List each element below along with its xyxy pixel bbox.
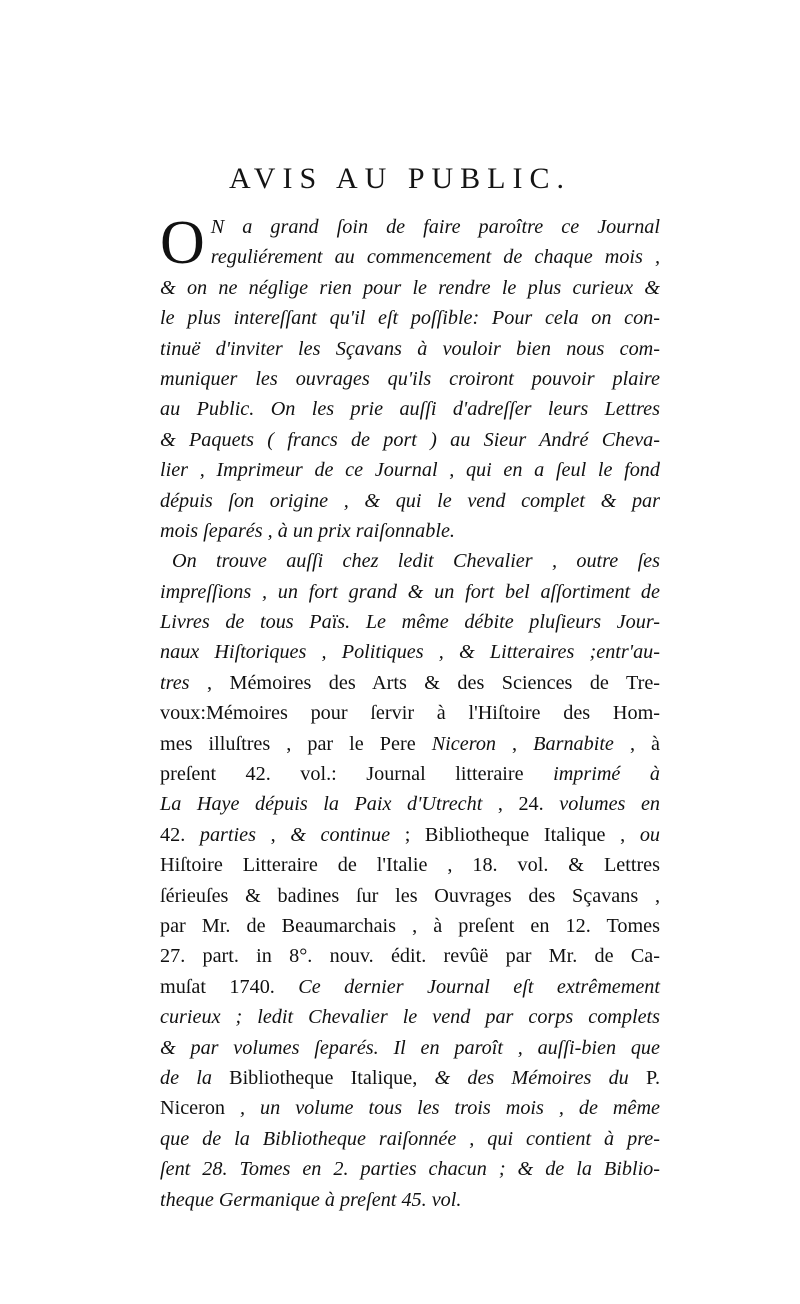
- italic-text: On trouve auſſi chez ledit Chevalier , o…: [172, 550, 660, 572]
- text-line: mois ſeparés , à un prix raiſonnable.: [160, 516, 660, 546]
- roman-text: voux:Mémoires pour ſervir à l'Hiſtoire d…: [160, 702, 660, 724]
- document-page: AVIS AU PUBLIC. O N a grand ſoin de fair…: [0, 0, 800, 1304]
- italic-text: N a grand ſoin de faire paroître ce Jour…: [211, 216, 660, 238]
- roman-text: P.: [646, 1067, 660, 1089]
- text-line: muſat 1740. Ce dernier Journal eſt extrê…: [160, 972, 660, 1002]
- italic-text: theque Germanique à preſent 45. vol.: [160, 1189, 461, 1211]
- italic-text: curieux ; ledit Chevalier le vend par co…: [160, 1006, 660, 1028]
- italic-text: Ce dernier Journal eſt extrêmement: [298, 976, 660, 998]
- italic-text: au Public. On les prie auſſi d'adreſſer …: [160, 398, 660, 420]
- roman-text: , Mémoires des Arts & des Sciences de Tr…: [190, 672, 660, 694]
- italic-text: que de la Bibliotheque raiſonnée , qui c…: [160, 1128, 660, 1150]
- text-line: N a grand ſoin de faire paroître ce Jour…: [160, 212, 660, 242]
- italic-text: volumes en: [559, 793, 660, 815]
- text-line: de la Bibliotheque Italique, & des Mémoi…: [160, 1063, 660, 1093]
- italic-text: & par volumes ſeparés. Il en paroît , au…: [160, 1037, 660, 1059]
- roman-text: ,: [496, 733, 533, 755]
- roman-text: , à: [614, 733, 660, 755]
- roman-text: , 24.: [482, 793, 559, 815]
- italic-text: tres: [160, 672, 190, 694]
- italic-text: muniquer les ouvrages qu'ils croiront po…: [160, 368, 660, 390]
- text-line: reguliérement au commencement de chaque …: [160, 242, 660, 272]
- italic-text: reguliérement au commencement de chaque …: [211, 246, 660, 268]
- text-line: 27. part. in 8°. nouv. édit. revûë par M…: [160, 941, 660, 971]
- text-line: impreſſions , un fort grand & un fort be…: [160, 577, 660, 607]
- italic-text: Barnabite: [533, 733, 614, 755]
- italic-text: imprimé à: [553, 763, 660, 785]
- italic-text: parties: [200, 824, 256, 846]
- italic-text: ſent 28. Tomes en 2. parties chacun ; & …: [160, 1158, 660, 1180]
- text-line: ſérieuſes & badines ſur les Ouvrages des…: [160, 881, 660, 911]
- text-line: & Paquets ( francs de port ) au Sieur An…: [160, 425, 660, 455]
- text-line: au Public. On les prie auſſi d'adreſſer …: [160, 394, 660, 424]
- roman-text: preſent 42. vol.: Journal litteraire: [160, 763, 553, 785]
- italic-text: ou: [640, 824, 660, 846]
- italic-text: & des Mémoires du: [434, 1067, 645, 1089]
- text-line: mes illuſtres , par le Pere Niceron , Ba…: [160, 729, 660, 759]
- italic-text: La Haye dépuis la Paix d'Utrecht: [160, 793, 482, 815]
- roman-text: par Mr. de Beaumarchais , à preſent en 1…: [160, 915, 660, 937]
- italic-text: , un volume tous les trois mois , de mêm…: [225, 1097, 660, 1119]
- italic-text: tinuë d'inviter les Sçavans à vouloir bi…: [160, 338, 660, 360]
- text-line: dépuis ſon origine , & qui le vend compl…: [160, 486, 660, 516]
- italic-text: Livres de tous Païs. Le même débite pluſ…: [160, 611, 660, 633]
- roman-text: 42.: [160, 824, 200, 846]
- roman-text: ſérieuſes & badines ſur les Ouvrages des…: [160, 885, 660, 907]
- italic-text: dépuis ſon origine , & qui le vend compl…: [160, 490, 660, 512]
- text-line: par Mr. de Beaumarchais , à preſent en 1…: [160, 911, 660, 941]
- italic-text: le plus intereſſant qu'il eſt poſſible: …: [160, 307, 660, 329]
- text-line: tres , Mémoires des Arts & des Sciences …: [160, 668, 660, 698]
- italic-text: Niceron: [432, 733, 496, 755]
- drop-cap: O: [160, 216, 205, 272]
- italic-text: mois ſeparés , à un prix raiſonnable.: [160, 520, 455, 542]
- italic-text: & Paquets ( francs de port ) au Sieur An…: [160, 429, 660, 451]
- text-line: tinuë d'inviter les Sçavans à vouloir bi…: [160, 334, 660, 364]
- text-line: Niceron , un volume tous les trois mois …: [160, 1093, 660, 1123]
- roman-text: ,: [256, 824, 290, 846]
- text-line: 42. parties , & continue ; Bibliotheque …: [160, 820, 660, 850]
- text-line: preſent 42. vol.: Journal litteraire imp…: [160, 759, 660, 789]
- roman-text: Bibliotheque Italique,: [229, 1067, 434, 1089]
- text-line: ſent 28. Tomes en 2. parties chacun ; & …: [160, 1154, 660, 1184]
- text-line: le plus intereſſant qu'il eſt poſſible: …: [160, 303, 660, 333]
- roman-text: Hiſtoire Litteraire de l'Italie , 18. vo…: [160, 854, 660, 876]
- text-line: curieux ; ledit Chevalier le vend par co…: [160, 1002, 660, 1032]
- text-line: La Haye dépuis la Paix d'Utrecht , 24. v…: [160, 789, 660, 819]
- roman-text: muſat 1740.: [160, 976, 298, 998]
- italic-text: de la: [160, 1067, 229, 1089]
- text-line: On trouve auſſi chez ledit Chevalier , o…: [160, 546, 660, 576]
- italic-text: & continue: [290, 824, 390, 846]
- text-line: que de la Bibliotheque raiſonnée , qui c…: [160, 1124, 660, 1154]
- page-title: AVIS AU PUBLIC.: [0, 162, 800, 196]
- roman-text: ; Bibliotheque Italique ,: [390, 824, 640, 846]
- text-line: & on ne néglige rien pour le rendre le p…: [160, 273, 660, 303]
- text-line: lier , Imprimeur de ce Journal , qui en …: [160, 455, 660, 485]
- italic-text: & on ne néglige rien pour le rendre le p…: [160, 277, 660, 299]
- text-line: muniquer les ouvrages qu'ils croiront po…: [160, 364, 660, 394]
- text-line: naux Hiſtoriques , Politiques , & Litter…: [160, 637, 660, 667]
- italic-text: lier , Imprimeur de ce Journal , qui en …: [160, 459, 660, 481]
- roman-text: 27. part. in 8°. nouv. édit. revûë par M…: [160, 945, 660, 967]
- roman-text: mes illuſtres , par le Pere: [160, 733, 432, 755]
- text-line: Livres de tous Païs. Le même débite pluſ…: [160, 607, 660, 637]
- text-line: & par volumes ſeparés. Il en paroît , au…: [160, 1033, 660, 1063]
- text-line: theque Germanique à preſent 45. vol.: [160, 1185, 660, 1215]
- italic-text: impreſſions , un fort grand & un fort be…: [160, 581, 660, 603]
- text-line: Hiſtoire Litteraire de l'Italie , 18. vo…: [160, 850, 660, 880]
- italic-text: naux Hiſtoriques , Politiques , & Litter…: [160, 641, 660, 663]
- body-text: O N a grand ſoin de faire paroître ce Jo…: [160, 212, 660, 1215]
- roman-text: Niceron: [160, 1097, 225, 1119]
- text-line: voux:Mémoires pour ſervir à l'Hiſtoire d…: [160, 698, 660, 728]
